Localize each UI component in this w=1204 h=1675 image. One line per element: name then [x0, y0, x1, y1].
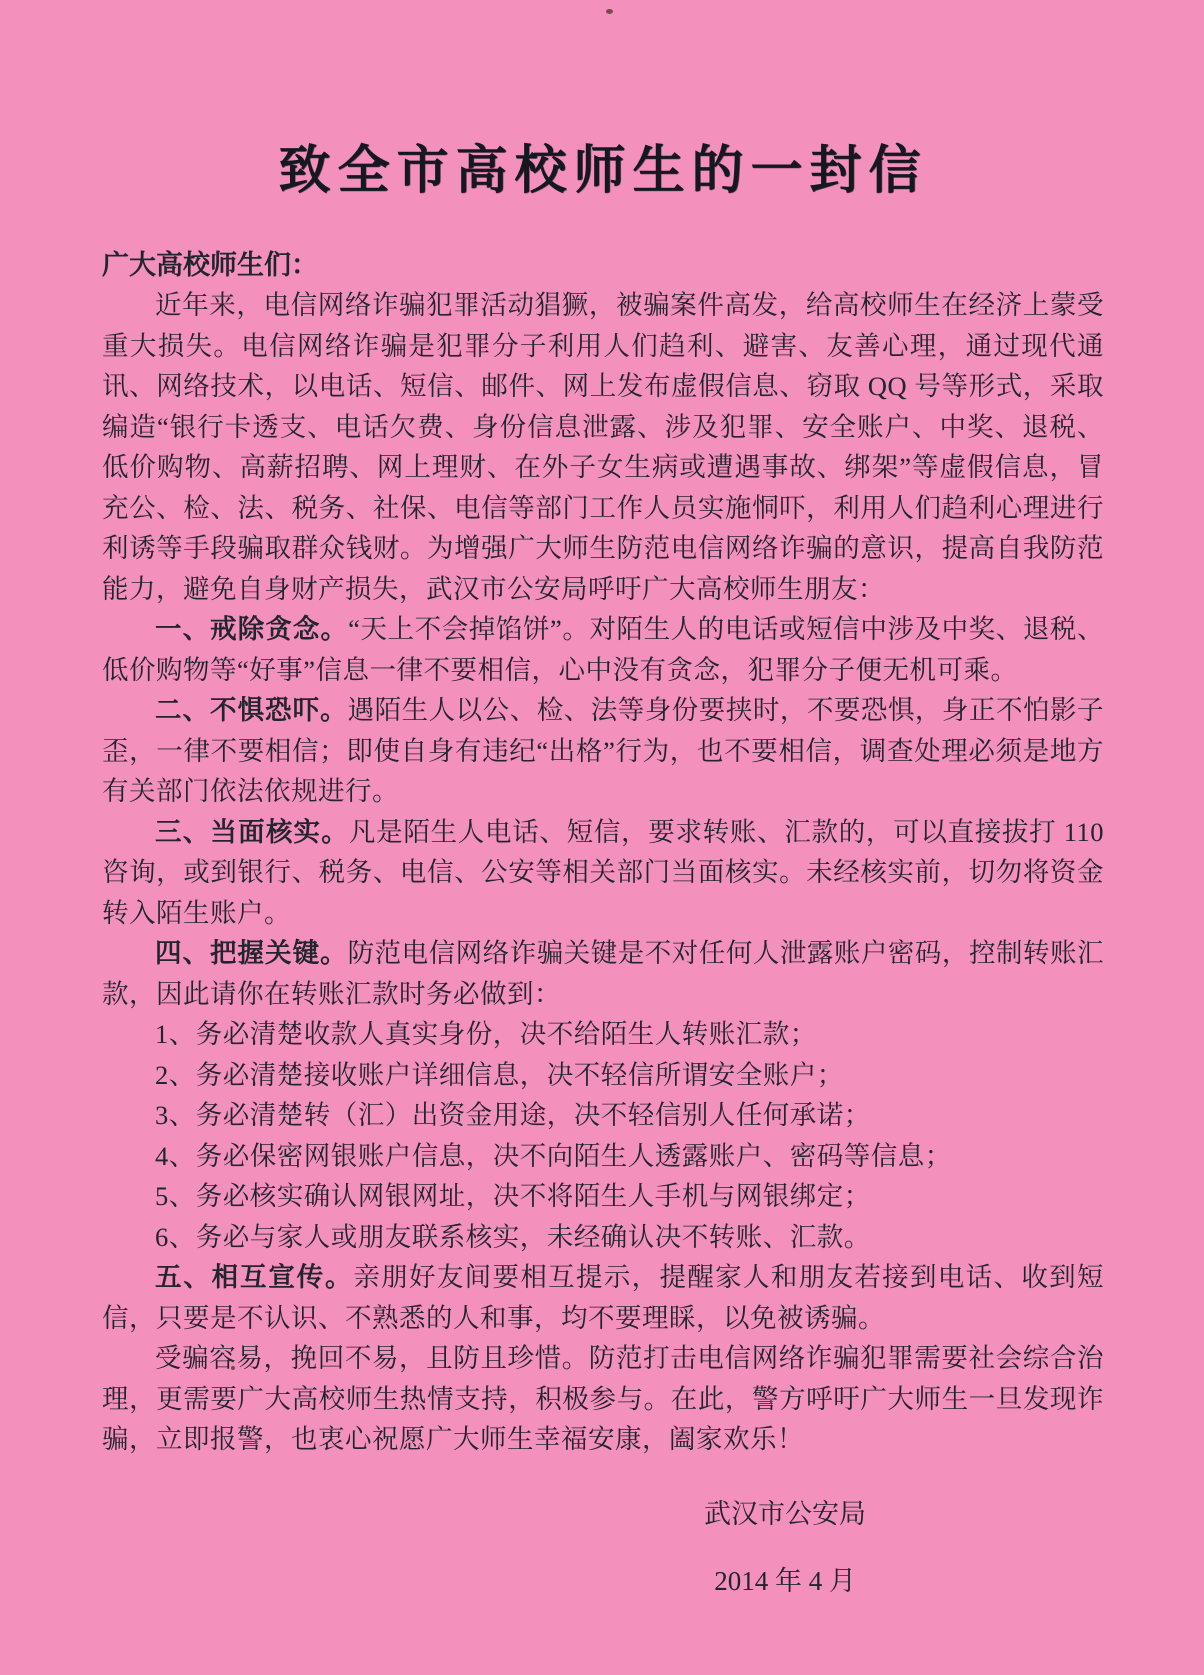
signature: 武汉市公安局 — [102, 1494, 1104, 1534]
list-item-3: 3、务必清楚转（汇）出资金用途，决不轻信别人任何承诺； — [102, 1095, 1104, 1136]
point-5-lead: 五、相互宣传。 — [155, 1262, 353, 1292]
list-item-4: 4、务必保密网银账户信息，决不向陌生人透露账户、密码等信息； — [102, 1136, 1104, 1177]
point-3-paragraph: 三、当面核实。凡是陌生人电话、短信，要求转账、汇款的，可以直接拔打 110 咨询… — [102, 812, 1104, 934]
date-line: 2014 年 4 月 — [102, 1561, 1104, 1601]
scan-speck — [514, 951, 518, 955]
list-item-1: 1、务必清楚收款人真实身份，决不给陌生人转账汇款； — [102, 1014, 1104, 1055]
page-title: 致全市高校师生的一封信 — [102, 128, 1104, 203]
scan-speck — [606, 9, 613, 14]
closing-paragraph: 受骗容易，挽回不易，且防且珍惜。防范打击电信网络诈骗犯罪需要社会综合治理，更需要… — [102, 1338, 1104, 1460]
list-item-6: 6、务必与家人或朋友联系核实，未经确认决不转账、汇款。 — [102, 1217, 1104, 1258]
point-1-lead: 一、戒除贪念。 — [155, 614, 348, 644]
list-item-5: 5、务必核实确认网银网址，决不将陌生人手机与网银绑定； — [102, 1176, 1104, 1217]
closing-text: 受骗容易，挽回不易，且防且珍惜。防范打击电信网络诈骗犯罪需要社会综合治理，更需要… — [102, 1343, 1104, 1454]
point-3-lead: 三、当面核实。 — [155, 817, 349, 847]
intro-paragraph: 近年来，电信网络诈骗犯罪活动猖獗，被骗案件高发，给高校师生在经济上蒙受重大损失。… — [102, 285, 1104, 609]
letter-page: 致全市高校师生的一封信 广大高校师生们： 近年来，电信网络诈骗犯罪活动猖獗，被骗… — [0, 0, 1204, 1675]
list-item-2: 2、务必清楚接收账户详细信息，决不轻信所谓安全账户； — [102, 1055, 1104, 1096]
point-2-lead: 二、不惧恐吓。 — [155, 695, 348, 725]
point-2-paragraph: 二、不惧恐吓。遇陌生人以公、检、法等身份要挟时，不要恐惧，身正不怕影子歪，一律不… — [102, 690, 1104, 812]
paragraph-text: 近年来，电信网络诈骗犯罪活动猖獗，被骗案件高发，给高校师生在经济上蒙受重大损失。… — [102, 290, 1104, 604]
point-4-lead: 四、把握关键。 — [155, 938, 348, 968]
point-4-paragraph: 四、把握关键。防范电信网络诈骗关键是不对任何人泄露账户密码，控制转账汇款，因此请… — [102, 933, 1104, 1014]
point-5-paragraph: 五、相互宣传。亲朋好友间要相互提示，提醒家人和朋友若接到电话、收到短信，只要是不… — [102, 1257, 1104, 1338]
scan-speck — [231, 1366, 235, 1370]
point-1-paragraph: 一、戒除贪念。“天上不会掉馅饼”。对陌生人的电话或短信中涉及中奖、退税、低价购物… — [102, 609, 1104, 690]
salutation: 广大高校师生们： — [102, 245, 1104, 285]
